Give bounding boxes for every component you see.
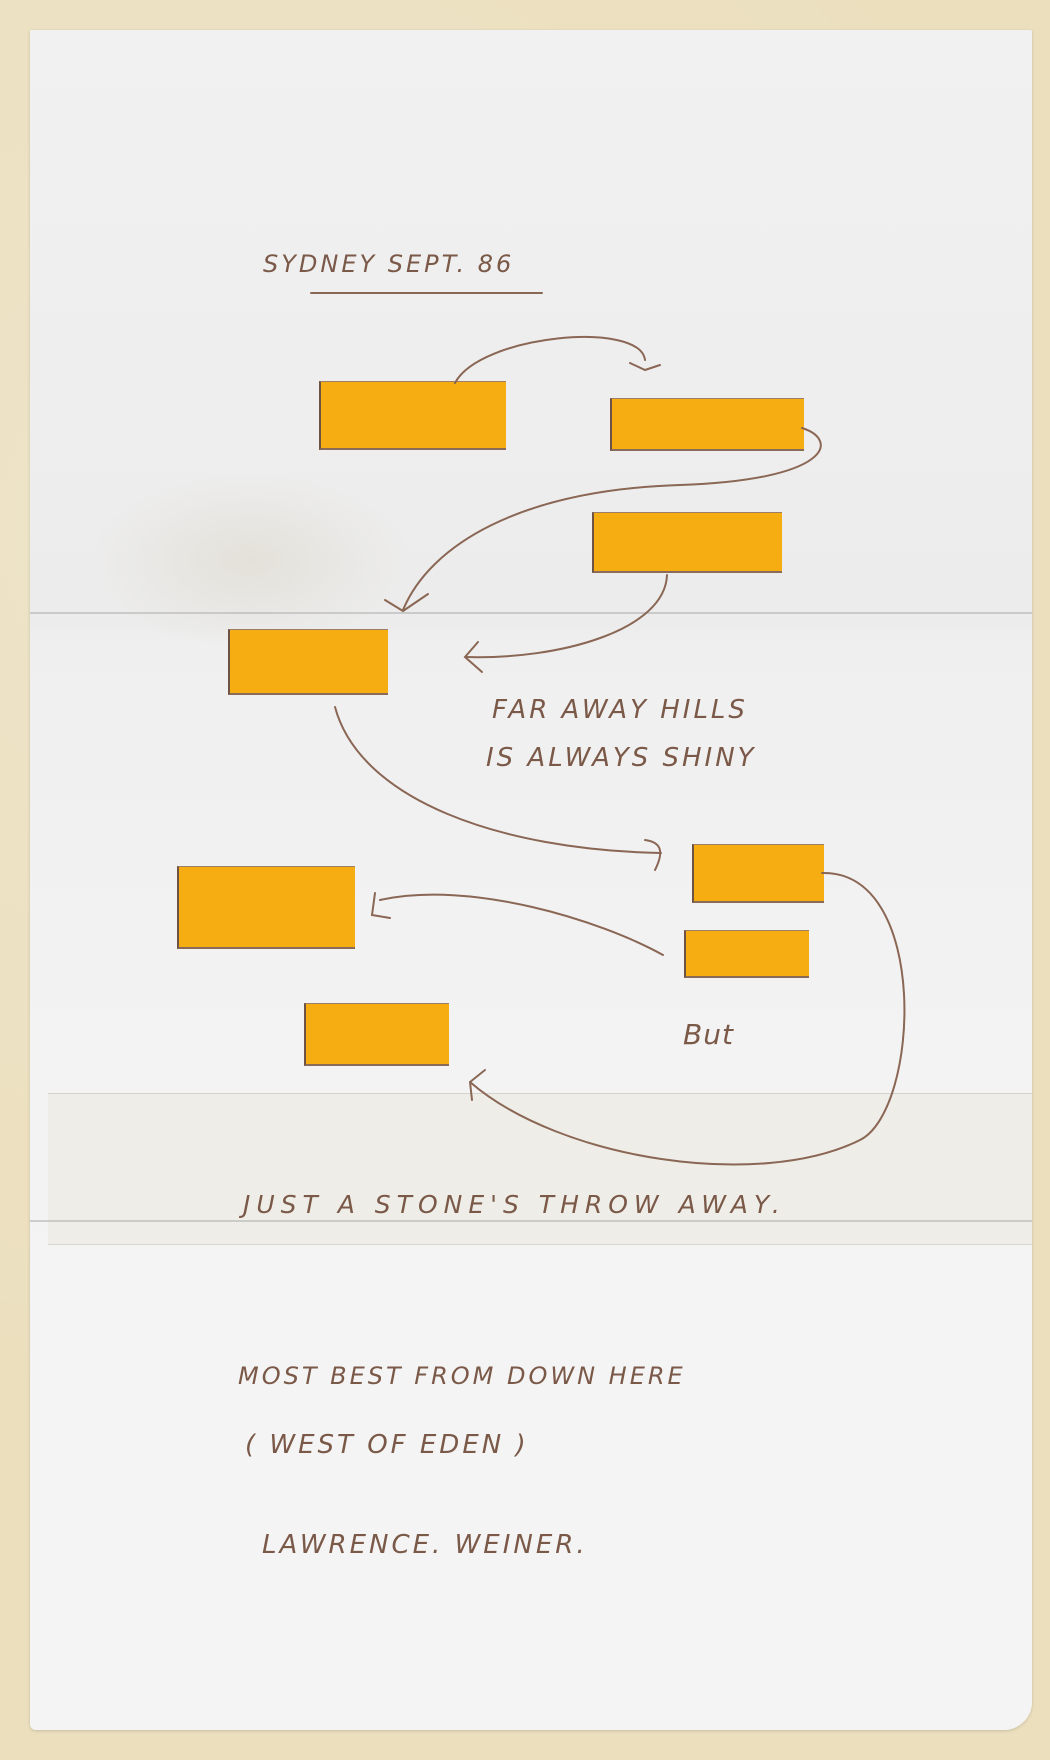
arrow-4-to-6 [335,707,661,853]
arrow-2-to-4 [403,428,821,610]
closing-line1: MOST BEST FROM DOWN HERE [238,1362,686,1390]
arrow-7-to-5 [380,895,663,955]
signature: LAWRENCE. WEINER. [262,1530,588,1560]
arrow-1-to-2 [455,337,645,383]
closing-line2: ( WEST OF EDEN ) [245,1430,529,1460]
footer-text: JUST A STONE'S THROW AWAY. [243,1190,786,1219]
arrow-3-curve [465,575,667,657]
middle-text-line2: IS ALWAYS SHINY [486,743,757,773]
heading-date: SYDNEY SEPT. 86 [263,250,514,278]
but-text: But [683,1018,734,1051]
middle-text-line1: FAR AWAY HILLS [492,695,748,725]
arrow-lines [0,0,1050,1760]
